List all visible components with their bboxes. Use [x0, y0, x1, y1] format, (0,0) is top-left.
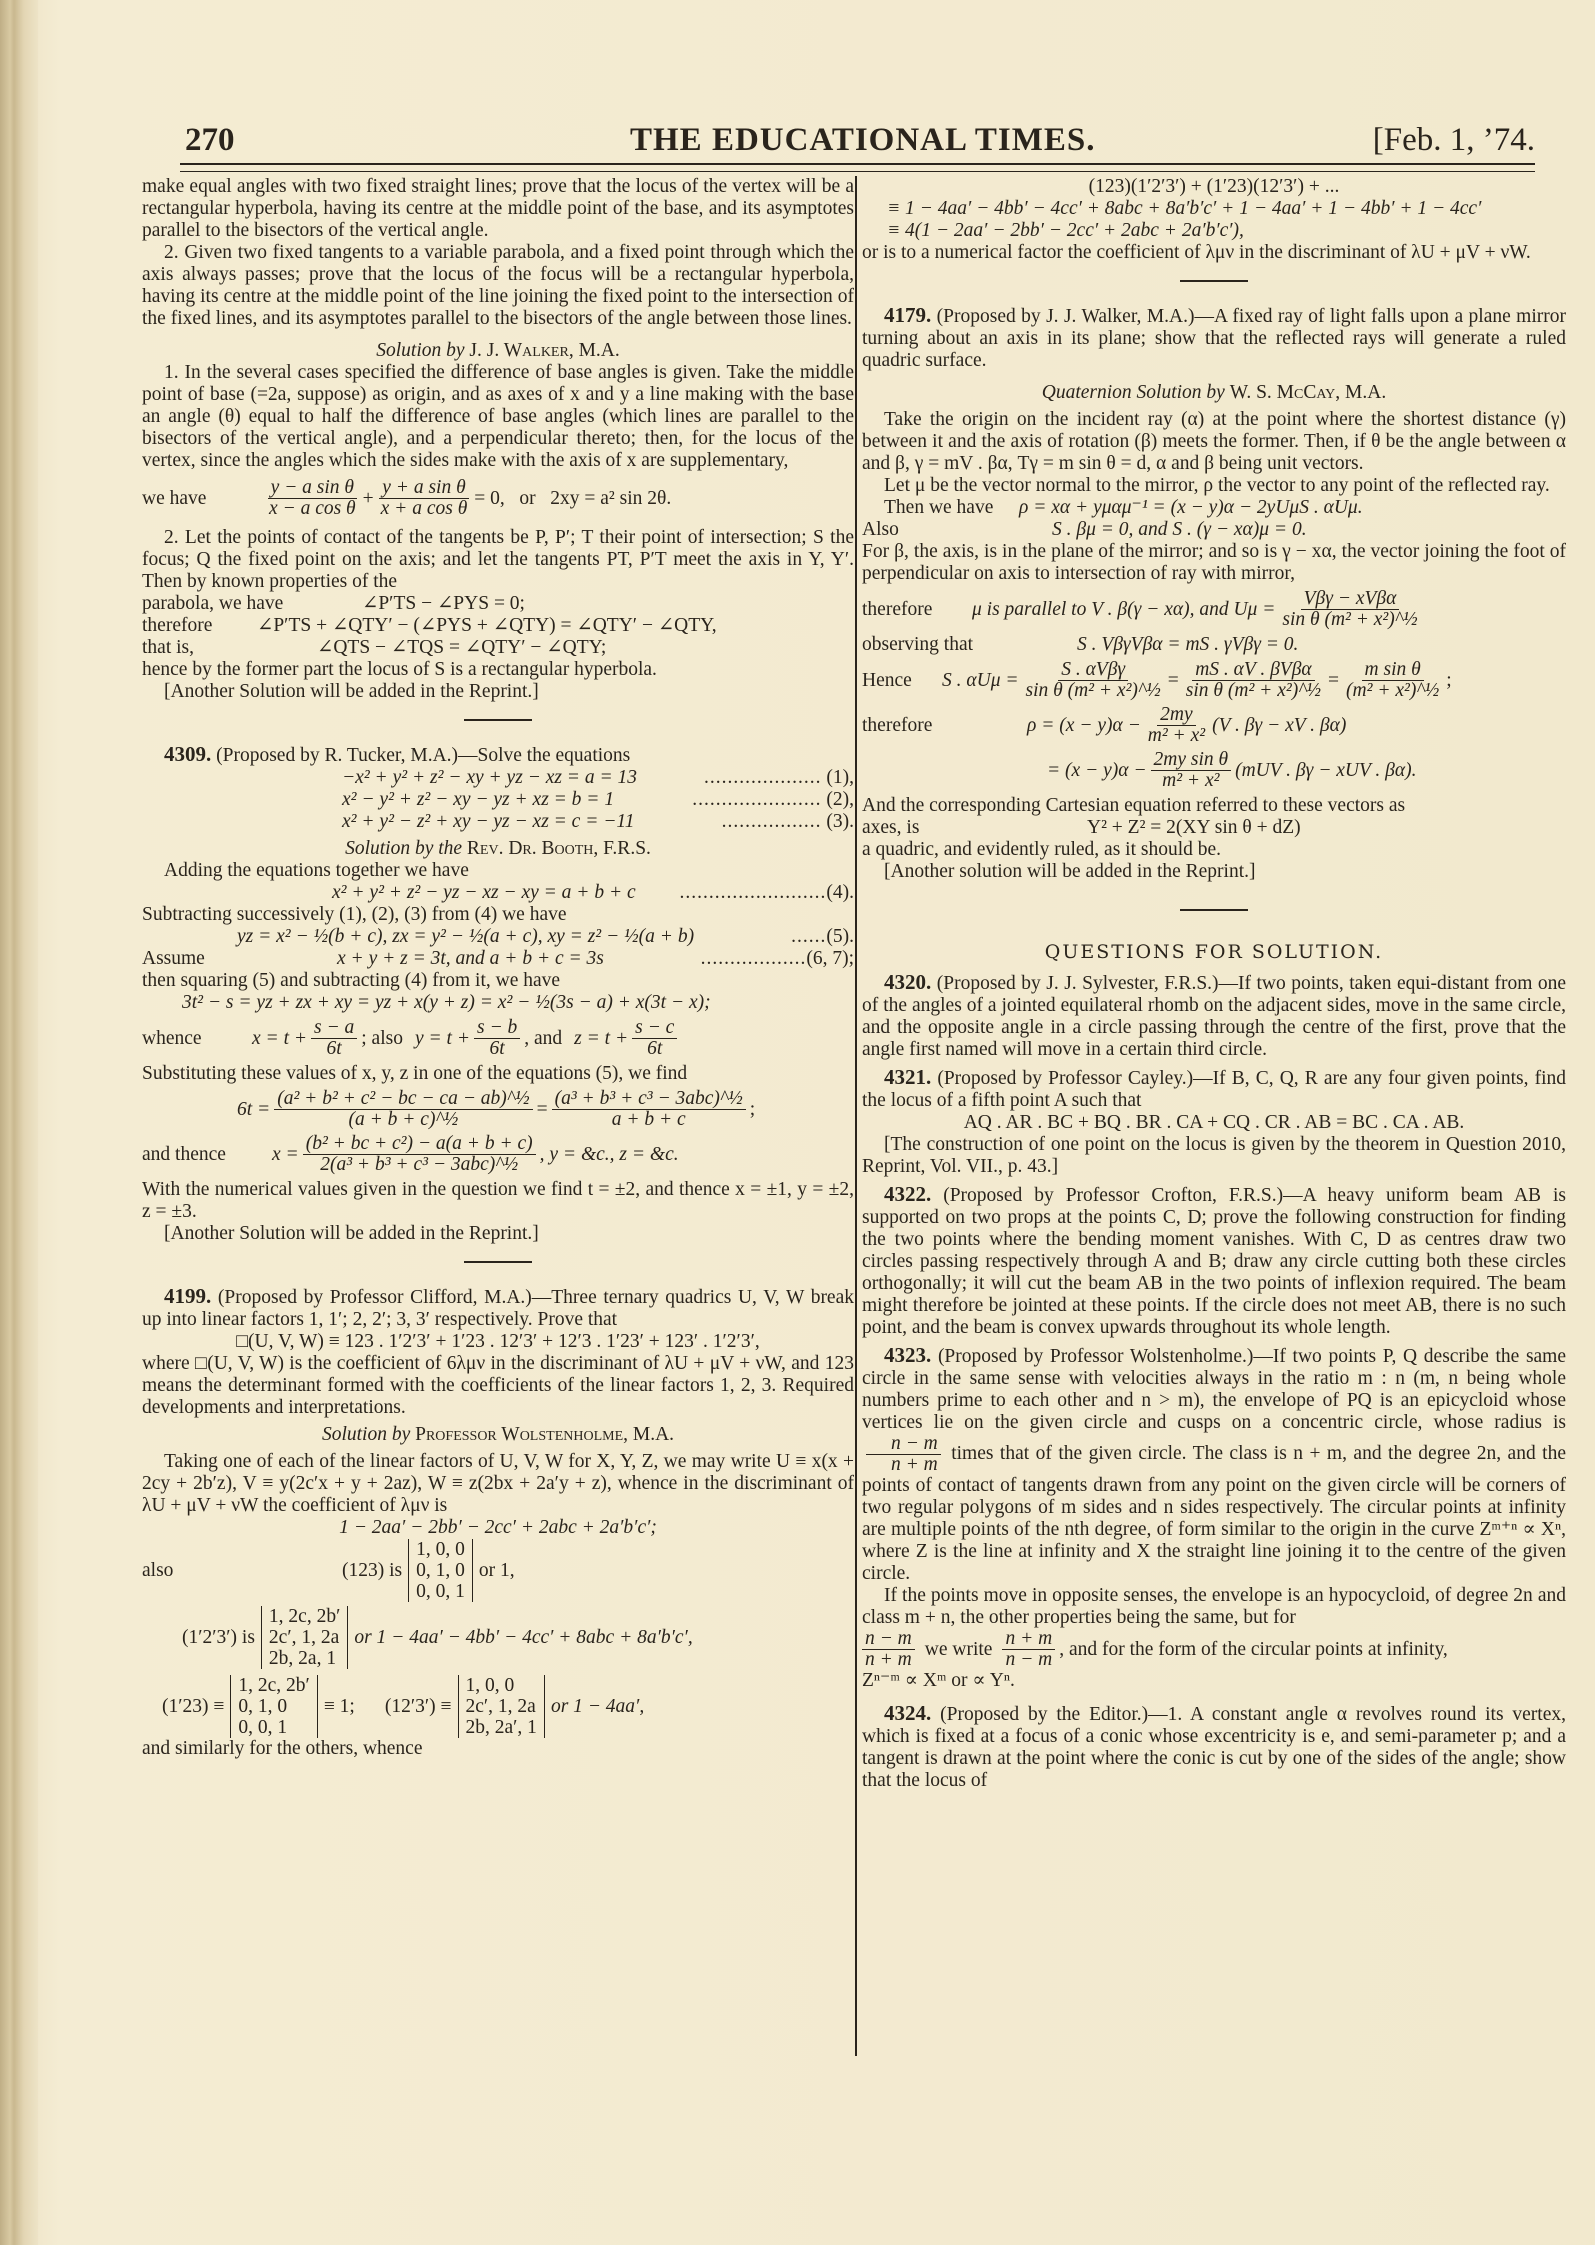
- intro-paragraph-1: make equal angles with two fixed straigh…: [142, 176, 854, 242]
- solution-text: Let μ be the vector normal to the mirror…: [862, 475, 1566, 497]
- angle-line-2: therefore∠P′TS + ∠QTY′ − (∠PYS + ∠QTY) =…: [142, 615, 854, 637]
- solution-byline: Quaternion Solution by W. S. McCay, M.A.: [862, 382, 1566, 404]
- section-separator: [464, 719, 532, 721]
- issue-date: [Feb. 1, ’74.: [1373, 122, 1535, 159]
- solution-text: Adding the equations together we have: [142, 860, 854, 882]
- solution-byline: Solution by Professor Wolstenholme, M.A.: [142, 1424, 854, 1446]
- section-separator: [1180, 280, 1248, 282]
- hence-equation: Hence S . αUμ = S . αVβγsin θ (m² + x²)^…: [862, 660, 1566, 701]
- question-4323: 4323. (Proposed by Professor Wolstenholm…: [862, 1344, 1566, 1585]
- determinant: 1, 2c, 2b′ 2c′, 1, 2a 2b, 2a, 1: [261, 1606, 348, 1669]
- x-equation: and thence x = (b² + bc + c²) − a(a + b …: [142, 1134, 854, 1175]
- question-4309-header: 4309. (Proposed by R. Tucker, M.A.)—Solv…: [142, 743, 854, 767]
- fraction: 2my sin θm² + x²: [1151, 750, 1232, 791]
- reprint-note: [Another Solution will be added in the R…: [142, 1223, 854, 1245]
- question-4324: 4324. (Proposed by the Editor.)—1. A con…: [862, 1702, 1566, 1792]
- equation-8: 3t² − s = yz + zx + xy = yz + x(y + z) =…: [142, 992, 854, 1014]
- equation-1: −x² + y² + z² − xy + yz − xz = a = 13...…: [342, 767, 854, 789]
- equation-4: x² + y² + z² − yz − xz − xy = a + b + c.…: [142, 882, 854, 904]
- angle-line-3: that is,∠QTS − ∠TQS = ∠QTY′ − ∠QTY;: [142, 637, 854, 659]
- rho-result-2: = (x − y)α − 2my sin θm² + x² (mUV . βγ …: [862, 750, 1566, 791]
- fraction: y − a sin θx − a cos θ: [266, 478, 359, 519]
- question-number: 4199.: [164, 1284, 211, 1308]
- determinant: 1, 2c, 2b′ 0, 1, 0 0, 0, 1: [230, 1675, 317, 1738]
- rho-equation: Then we haveρ = xα + yμαμ⁻¹ = (x − y)α −…: [862, 497, 1566, 519]
- fraction: (b² + bc + c²) − a(a + b + c)2(a³ + b³ +…: [303, 1134, 536, 1175]
- running-header: 270 THE EDUCATIONAL TIMES. [Feb. 1, ’74.: [180, 118, 1535, 166]
- question-4179: 4179. (Proposed by J. J. Walker, M.A.)—A…: [862, 304, 1566, 372]
- determinant-identity: □(U, V, W) ≡ 123 . 1′2′3′ + 1′23 . 12′3′…: [142, 1331, 854, 1353]
- question-text: If the points move in opposite senses, t…: [862, 1585, 1566, 1629]
- section-heading: QUESTIONS FOR SOLUTION.: [862, 941, 1566, 963]
- question-number: 4323.: [884, 1343, 931, 1367]
- fraction: s − c6t: [632, 1018, 677, 1059]
- question-text: Zⁿ⁻ᵐ ∝ Xᵐ or ∝ Yⁿ.: [862, 1670, 1566, 1692]
- solution-byline: Solution by J. J. Walker, M.A.: [142, 340, 854, 362]
- question-4321: 4321. (Proposed by Professor Cayley.)—If…: [862, 1066, 1566, 1112]
- section-separator: [464, 1261, 532, 1263]
- fraction: S . αVβγsin θ (m² + x²)^½: [1023, 660, 1164, 701]
- fraction: mS . αV . βVβαsin θ (m² + x²)^½: [1183, 660, 1324, 701]
- fraction: s − b6t: [474, 1018, 520, 1059]
- fraction: m sin θ(m² + x²)^½: [1343, 660, 1442, 701]
- construction-note: [The construction of one point on the lo…: [862, 1134, 1566, 1178]
- question-4320: 4320. (Proposed by J. J. Sylvester, F.R.…: [862, 971, 1566, 1061]
- coefficient-expression: 1 − 2aa′ − 2bb′ − 2cc′ + 2abc + 2a′b′c′;: [142, 1517, 854, 1539]
- header-rule: [180, 163, 1535, 172]
- equation-6-7: Assumex + y + z = 3t, and a + b + c = 3s…: [142, 948, 854, 970]
- continued-expression-2: ≡ 1 − 4aa′ − 4bb′ − 4cc′ + 8abc + 8a′b′c…: [862, 198, 1566, 220]
- equation-list: −x² + y² + z² − xy + yz − xz = a = 13...…: [142, 767, 854, 833]
- question-4199: 4199. (Proposed by Professor Clifford, M…: [142, 1285, 854, 1331]
- rho-result-1: therefore ρ = (x − y)α − 2mym² + x² (V .…: [862, 705, 1566, 746]
- fraction: n − mn + m: [862, 1629, 915, 1670]
- determinant-pair: (1′23) ≡ 1, 2c, 2b′ 0, 1, 0 0, 0, 1 ≡ 1;…: [142, 1675, 854, 1738]
- solution-text: Taking one of each of the linear factors…: [142, 1451, 854, 1517]
- solution-text: Substituting these values of x, y, z in …: [142, 1063, 854, 1085]
- solution-text: a quadric, and evidently ruled, as it sh…: [862, 839, 1566, 861]
- hypocycloid-line: n − mn + m we write n + mn − m , and for…: [862, 1629, 1566, 1670]
- intro-paragraph-2: 2. Given two fixed tangents to a variabl…: [142, 242, 854, 330]
- reprint-note: [Another Solution will be added in the R…: [142, 681, 854, 703]
- solution-text: and similarly for the others, whence: [142, 1738, 854, 1760]
- also-equation: AlsoS . βμ = 0, and S . (γ − xα)μ = 0.: [862, 519, 1566, 541]
- angle-line-1: parabola, we have∠P′TS − ∠PYS = 0;: [142, 593, 854, 615]
- reprint-note: [Another solution will be added in the R…: [862, 861, 1566, 883]
- fraction: (a³ + b³ + c³ − 3abc)^½a + b + c: [552, 1089, 746, 1130]
- fraction: (a² + b² + c² − bc − ca − ab)^½(a + b + …: [274, 1089, 532, 1130]
- eq-tail: = 0, or 2xy = a² sin 2θ.: [474, 488, 671, 510]
- solution-text: And the corresponding Cartesian equation…: [862, 795, 1566, 817]
- walker-paragraph-3: hence by the former part the locus of S …: [142, 659, 854, 681]
- solution-text: Take the origin on the incident ray (α) …: [862, 409, 1566, 475]
- solution-byline: Solution by the Rev. Dr. Booth, F.R.S.: [142, 838, 854, 860]
- right-column: (123)(1′2′3′) + (1′23)(12′3′) + ... ≡ 1 …: [862, 176, 1566, 1792]
- t-equation: 6t = (a² + b² + c² − bc − ca − ab)^½(a +…: [142, 1089, 854, 1130]
- equation-2: x² − y² + z² − xy − yz + xz = b = 1.....…: [342, 789, 854, 811]
- cayley-equation: AQ . AR . BC + BQ . BR . CA + CQ . CR . …: [862, 1112, 1566, 1134]
- walker-paragraph-2: 2. Let the points of contact of the tang…: [142, 527, 854, 593]
- question-number: 4321.: [884, 1065, 931, 1089]
- section-separator: [1180, 909, 1248, 911]
- fraction: n − mn + m: [866, 1434, 941, 1475]
- byline-label: Solution by: [376, 340, 464, 361]
- journal-title: THE EDUCATIONAL TIMES.: [630, 122, 1095, 159]
- cartesian-equation: axes, isY² + Z² = 2(XY sin θ + dZ): [862, 817, 1566, 839]
- page-number: 270: [185, 122, 235, 159]
- fraction: s − a6t: [311, 1018, 357, 1059]
- question-text: where □(U, V, W) is the coefficient of 6…: [142, 1353, 854, 1419]
- determinant-123: also (123) is 1, 0, 0 0, 1, 0 0, 0, 1 or…: [142, 1539, 854, 1602]
- walker-equation: we have y − a sin θx − a cos θ + y + a s…: [142, 478, 854, 519]
- left-column: make equal angles with two fixed straigh…: [142, 176, 854, 1760]
- u-mu-equation: therefore μ is parallel to V . β(γ − xα)…: [862, 589, 1566, 630]
- continued-expression-1: (123)(1′2′3′) + (1′23)(12′3′) + ...: [862, 176, 1566, 198]
- solution-text: Subtracting successively (1), (2), (3) f…: [142, 904, 854, 926]
- fraction: Vβγ − xVβαsin θ (m² + x²)^½: [1279, 589, 1420, 630]
- question-number: 4324.: [884, 1701, 931, 1725]
- question-number: 4309.: [164, 742, 211, 766]
- determinant: 1, 0, 0 0, 1, 0 0, 0, 1: [408, 1539, 473, 1602]
- equation-5: yz = x² − ½(b + c), zx = y² − ½(a + c), …: [142, 926, 854, 948]
- solution-text: For β, the axis, is in the plane of the …: [862, 541, 1566, 585]
- fraction: y + a sin θx + a cos θ: [378, 478, 471, 519]
- page-binding-edge: [0, 0, 38, 2245]
- whence-equation: whence x = t + s − a6t ; also y = t + s …: [142, 1018, 854, 1059]
- fraction: n + mn − m: [1002, 1629, 1055, 1670]
- eq-lead: we have: [142, 488, 262, 510]
- determinant: 1, 0, 0 2c′, 1, 2a 2b, 2a′, 1: [458, 1675, 545, 1738]
- question-number: 4320.: [884, 970, 931, 994]
- byline-author: J. J. Walker, M.A.: [469, 340, 619, 361]
- fraction: 2mym² + x²: [1145, 705, 1208, 746]
- continued-text: or is to a numerical factor the coeffici…: [862, 242, 1566, 264]
- column-divider: [855, 176, 857, 2056]
- observing-equation: observing thatS . VβγVβα = mS . γVβγ = 0…: [862, 634, 1566, 656]
- walker-paragraph-1: 1. In the several cases specified the di…: [142, 362, 854, 472]
- solution-text: then squaring (5) and subtracting (4) fr…: [142, 970, 854, 992]
- determinant-1p2p3p: (1′2′3′) is 1, 2c, 2b′ 2c′, 1, 2a 2b, 2a…: [142, 1606, 854, 1669]
- continued-expression-3: ≡ 4(1 − 2aa′ − 2bb′ − 2cc′ + 2abc + 2a′b…: [862, 220, 1566, 242]
- question-number: 4179.: [884, 303, 931, 327]
- solution-text: With the numerical values given in the q…: [142, 1179, 854, 1223]
- question-4322: 4322. (Proposed by Professor Crofton, F.…: [862, 1183, 1566, 1339]
- equation-3: x² + y² − z² + xy − yz − xz = c = −11...…: [342, 811, 854, 833]
- question-number: 4322.: [884, 1182, 931, 1206]
